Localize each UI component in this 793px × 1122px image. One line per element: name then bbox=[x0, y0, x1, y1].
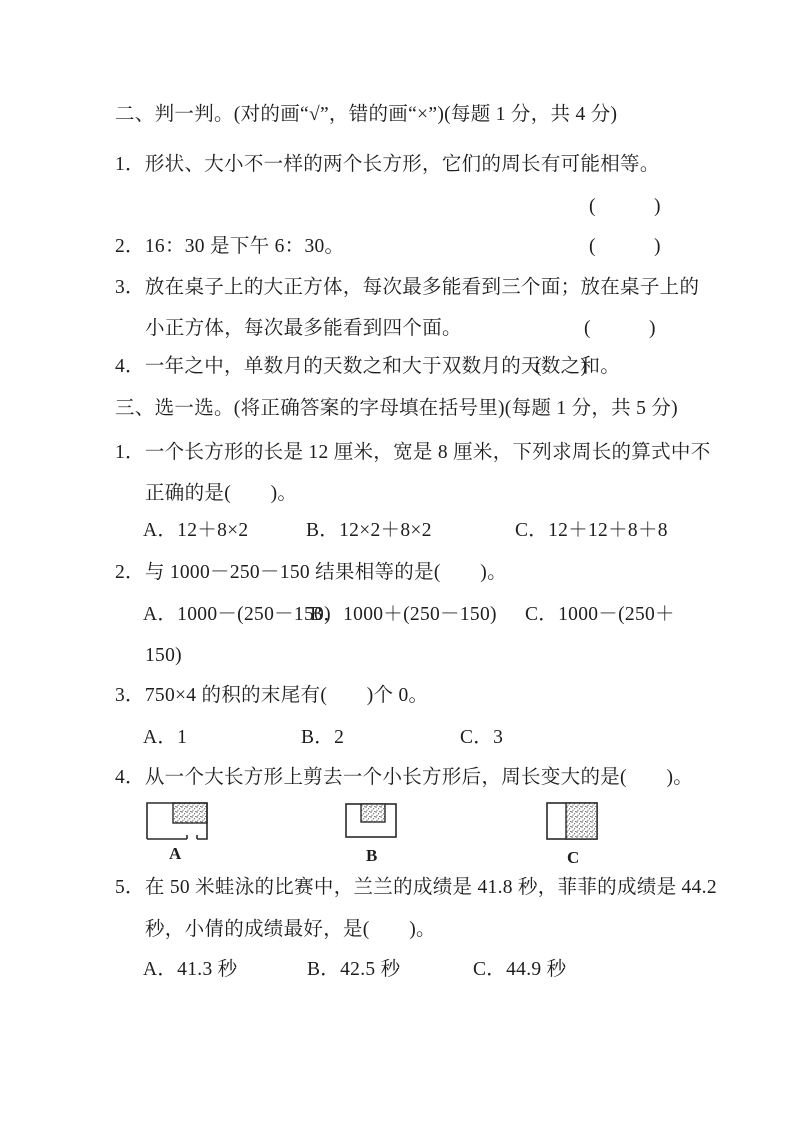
figure-a-label: A bbox=[169, 844, 181, 864]
choice-q1-option-a: A．12＋8×2 bbox=[143, 519, 248, 543]
choice-q5-option-a: A．41.3 秒 bbox=[143, 958, 237, 982]
judge-q4-answer-blank: ( ) bbox=[535, 355, 587, 379]
choice-q2-option-c-wrap: 150) bbox=[145, 644, 182, 668]
choice-q2-option-a: A．1000－(250－150) bbox=[143, 603, 331, 627]
judge-q4-line: 4．一年之中，单数月的天数之和大于双数月的天数之和。 ( ) bbox=[115, 355, 793, 379]
judge-q3-line2: 小正方体，每次最多能看到四个面。 bbox=[145, 318, 462, 339]
figure-b-rectangle-cut-notch bbox=[345, 801, 399, 841]
choice-q5-line2: 秒，小倩的成绩最好，是( )。 bbox=[145, 918, 436, 942]
judge-q2-answer-blank: ( ) bbox=[589, 235, 661, 259]
judge-q2-line: 2．16：30 是下午 6：30。 ( ) bbox=[115, 235, 793, 259]
choice-q3-option-c: C．3 bbox=[460, 726, 503, 750]
choice-q2-option-c: C．1000－(250＋ bbox=[525, 603, 675, 627]
choice-q1-line2: 正确的是( )。 bbox=[145, 482, 297, 506]
choice-q4-text: 4．从一个大长方形上剪去一个小长方形后，周长变大的是( )。 bbox=[115, 766, 693, 790]
choice-q1-option-c: C．12＋12＋8＋8 bbox=[515, 519, 668, 543]
choice-q5-option-b: B．42.5 秒 bbox=[307, 958, 400, 982]
choice-q3-text: 3．750×4 的积的末尾有( )个 0。 bbox=[115, 684, 428, 708]
judge-q3-answer-blank: ( ) bbox=[584, 317, 656, 341]
judge-q2-text: 2．16：30 是下午 6：30。 bbox=[115, 236, 344, 257]
judge-q3-line1: 3．放在桌子上的大正方体，每次最多能看到三个面；放在桌子上的 bbox=[115, 276, 699, 300]
choice-q2-text: 2．与 1000－250－150 结果相等的是( )。 bbox=[115, 561, 507, 585]
choice-q3-option-b: B．2 bbox=[301, 726, 344, 750]
choice-q5-option-c: C．44.9 秒 bbox=[473, 958, 566, 982]
figure-a-rectangle-cut-corner bbox=[146, 801, 208, 843]
judge-q1-text: 1．形状、大小不一样的两个长方形，它们的周长有可能相等。 bbox=[115, 153, 660, 177]
judge-section-header: 二、判一判。(对的画“√”，错的画“×”)(每题 1 分，共 4 分) bbox=[115, 103, 617, 127]
figure-c-rectangle-cut-side-strip bbox=[546, 801, 600, 841]
choice-q2-option-b: B．1000＋(250－150) bbox=[310, 603, 497, 627]
figure-c-label: C bbox=[567, 848, 579, 868]
figure-b-label: B bbox=[366, 846, 377, 866]
choice-q3-option-a: A．1 bbox=[143, 726, 187, 750]
judge-q3-line2-wrap: 小正方体，每次最多能看到四个面。 ( ) bbox=[145, 317, 793, 341]
exam-page: 二、判一判。(对的画“√”，错的画“×”)(每题 1 分，共 4 分) 1．形状… bbox=[0, 0, 793, 1122]
judge-q1-answer-blank: ( ) bbox=[589, 195, 661, 219]
choice-q1-line1: 1．一个长方形的长是 12 厘米，宽是 8 厘米，下列求周长的算式中不 bbox=[115, 441, 711, 465]
choice-q5-line1: 5．在 50 米蛙泳的比赛中，兰兰的成绩是 41.8 秒，菲菲的成绩是 44.2 bbox=[115, 876, 717, 900]
choice-section-header: 三、选一选。(将正确答案的字母填在括号里)(每题 1 分，共 5 分) bbox=[115, 397, 678, 421]
choice-q1-option-b: B．12×2＋8×2 bbox=[306, 519, 432, 543]
